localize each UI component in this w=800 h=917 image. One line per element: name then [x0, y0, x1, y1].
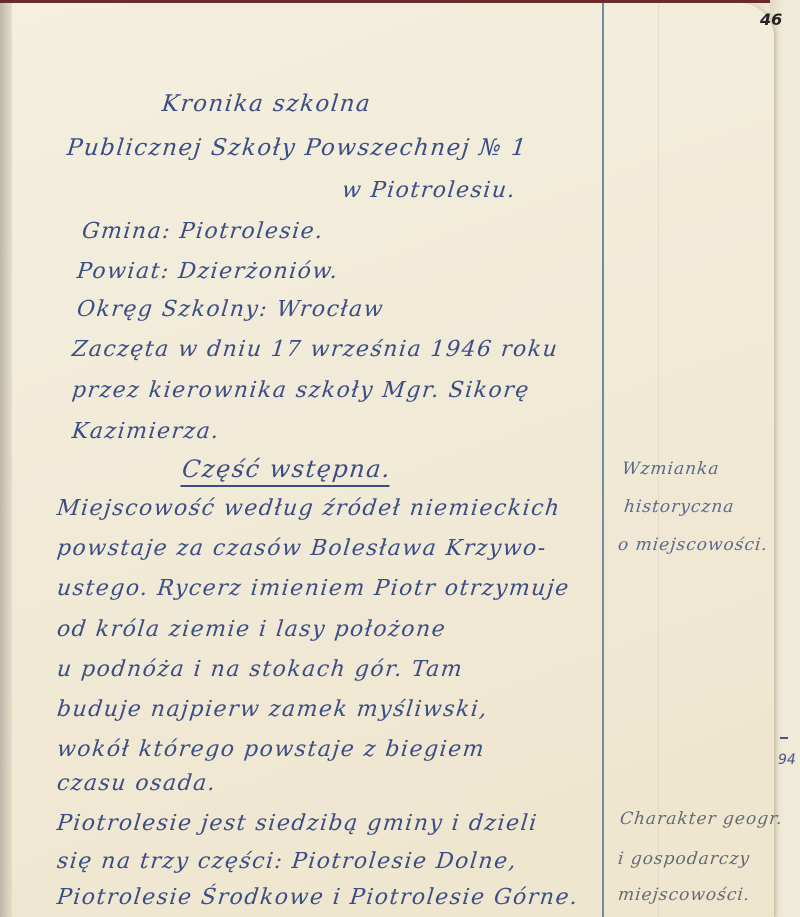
side-dash-mark — [780, 737, 788, 739]
side-number-mark: 94 — [778, 752, 796, 768]
margin-note-1-line-2: historyczna — [623, 497, 736, 517]
scanned-page: 46 94 Kronika szkolna Publicznej Szkoły … — [0, 0, 800, 917]
body-line-8: czasu osada. — [56, 771, 218, 796]
body-line-10: się na trzy części: Piotrolesie Dolne, — [56, 849, 519, 874]
notebook-page: Kronika szkolna Publicznej Szkoły Powsze… — [12, 3, 774, 917]
next-page-edge — [770, 0, 800, 917]
started-line-2: przez kierownika szkoły Mgr. Sikorę — [71, 378, 531, 403]
school-name: Publicznej Szkoły Powszechnej № 1 — [66, 135, 529, 161]
page-number: 46 — [760, 10, 782, 29]
margin-rule — [602, 3, 604, 917]
started-line-1: Zaczęta w dniu 17 września 1946 roku — [71, 337, 560, 362]
chronicle-title: Kronika szkolna — [161, 91, 373, 117]
body-line-3: ustego. Rycerz imieniem Piotr otrzymuje — [56, 576, 571, 601]
section-heading: Część wstępna. — [180, 455, 392, 487]
body-line-1: Miejscowość według źródeł niemieckich — [56, 496, 562, 521]
body-line-6: buduje najpierw zamek myśliwski, — [56, 697, 490, 722]
body-line-11: Piotrolesie Środkowe i Piotrolesie Górne… — [56, 885, 580, 910]
started-line-3: Kazimierza. — [71, 419, 221, 444]
margin-note-2-line-3: miejscowości. — [617, 885, 751, 905]
powiat-line: Powiat: Dzierżoniów. — [76, 259, 340, 284]
body-line-2: powstaje za czasów Bolesława Krzywo- — [56, 536, 548, 561]
binding-shadow — [0, 0, 12, 917]
body-line-7: wokół którego powstaje z biegiem — [56, 737, 487, 762]
margin-note-2-line-1: Charakter geogr. — [619, 809, 784, 829]
body-line-9: Piotrolesie jest siedzibą gminy i dzieli — [56, 811, 539, 836]
body-line-4: od króla ziemie i lasy położone — [56, 617, 448, 642]
okreg-line: Okręg Szkolny: Wrocław — [76, 297, 386, 322]
margin-note-1-line-1: Wzmianka — [621, 459, 721, 479]
body-line-5: u podnóża i na stokach gór. Tam — [56, 657, 465, 682]
margin-note-1-line-3: o miejscowości. — [617, 535, 769, 555]
school-location: w Piotrolesiu. — [341, 178, 518, 203]
margin-note-2-line-2: i gospodarczy — [617, 849, 751, 869]
gmina-line: Gmina: Piotrolesie. — [81, 219, 325, 244]
